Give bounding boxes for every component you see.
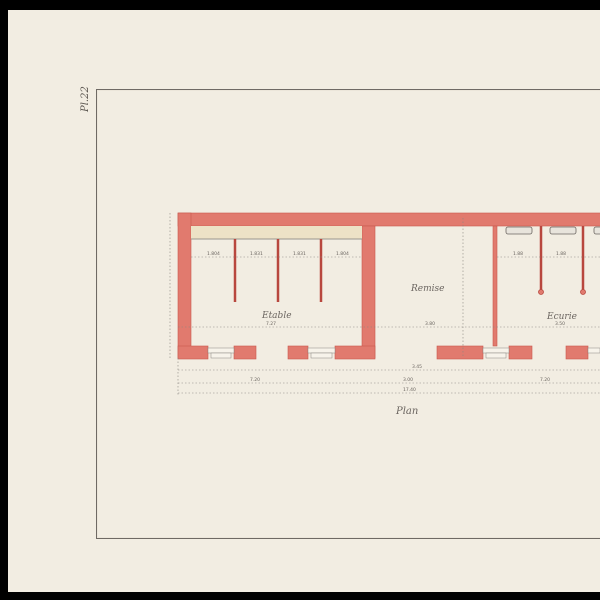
dim-center-front: 3.45 (412, 364, 422, 370)
room-label-remise: Remise (410, 284, 444, 294)
dim-subtotal-left: 7.20 (250, 377, 260, 383)
dim-ecurie-stall-1: 1.88 (513, 251, 523, 257)
room-label-ecurie: Ecurie (546, 312, 577, 322)
floor-plan-drawing: Etable Remise Ecurie 7.27 3.80 3.50 1.80… (0, 0, 600, 600)
dim-subtotal-mid: 3.00 (403, 377, 413, 383)
drawing-title: Plan (395, 406, 418, 417)
dim-ecurie-stall-2: 1.88 (556, 251, 566, 257)
dim-stall-1: 1.804 (207, 251, 220, 257)
dim-stall-4: 1.804 (336, 251, 349, 257)
dim-remise-width: 3.80 (425, 321, 435, 327)
dim-etable-width: 7.27 (266, 321, 276, 327)
dim-stall-3: 1.831 (293, 251, 306, 257)
room-label-etable: Etable (261, 311, 292, 321)
dim-subtotal-right: 7.20 (540, 377, 550, 383)
dim-total: 17.40 (403, 387, 416, 393)
dim-stall-2: 1.831 (250, 251, 263, 257)
dim-ecurie-width: 3.50 (555, 321, 565, 327)
